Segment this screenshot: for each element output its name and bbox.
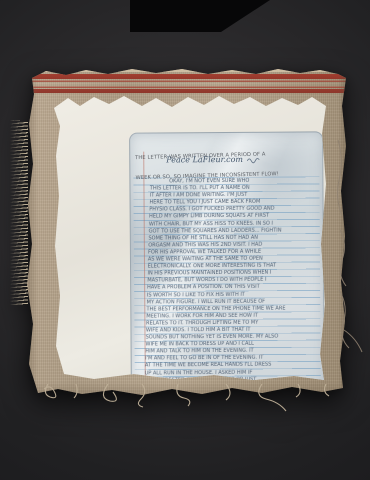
letter-body-text: OKAY, I'M NOT EVEN SURE WHOTHIS LETTER I…: [144, 177, 289, 391]
letter-body-line: SOUNDS BUT NOTHING YET IS EVEN MORE. MY …: [146, 333, 285, 341]
textile-artwork: THE LETTER WAS WRITTEN OVER A PERIOD OF …: [0, 0, 370, 480]
ink-scribble-icon: [246, 155, 260, 163]
letter-body-line: HELD MY GIMPY LIMB DURING SQUATS AT FIRS…: [149, 213, 288, 221]
letter-body-line: WITH CHAIR, BUT MY ASS HISS TO KNEES. IN…: [149, 220, 288, 228]
bottom-loose-threads-icon: [30, 384, 342, 426]
painted-notebook-page: THE LETTER WAS WRITTEN OVER A PERIOD OF …: [129, 131, 325, 398]
letter-greeting: Peace LaFleur.com: [166, 155, 260, 165]
white-gesso-field: THE LETTER WAS WRITTEN OVER A PERIOD OF …: [54, 94, 326, 380]
red-stripe-band: [24, 66, 348, 96]
left-fringe-threads: [10, 120, 28, 305]
linen-cloth: THE LETTER WAS WRITTEN OVER A PERIOD OF …: [24, 66, 348, 396]
letter-body-line: MASTURBATE, BUT WORDS I DO WITH PEOPLE I: [147, 276, 286, 284]
right-loose-threads-icon: [336, 140, 366, 360]
letter-body-line: AT THE TIME WE BECOME REAL HANDS I'LL DR…: [145, 362, 284, 370]
artwork-photo: THE LETTER WAS WRITTEN OVER A PERIOD OF …: [0, 0, 370, 480]
letter-body-line: THE BEST PERFORMANCE ON THE PHONE TIME W…: [146, 305, 285, 313]
letter-body-line: GOT TO USE THE SQUARES AND LADDERS... FI…: [149, 227, 288, 235]
letter-greeting-text: Peace LaFleur.com: [166, 155, 243, 165]
letter-body-line: MY ACTION FIGURE. I WILL RUN IT BECAUSE …: [147, 298, 286, 306]
